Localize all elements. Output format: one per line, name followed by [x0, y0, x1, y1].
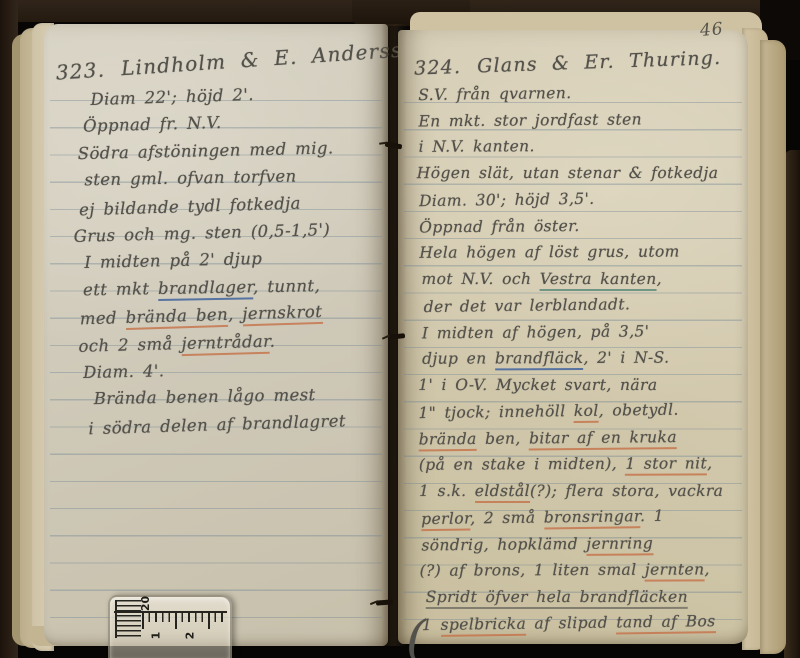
entry-number: 323. [55, 57, 106, 84]
handwritten-line: 1 spelbricka af slipad tand af Bos [422, 608, 740, 639]
text-segment: , tunnt, [253, 276, 320, 299]
text-segment: , obetydl. [599, 401, 679, 423]
text-segment: Öppnad fr. N.V. [83, 113, 222, 139]
text-segment: I midten på 2' djup [84, 249, 262, 275]
handwritten-line: Högen slät, utan stenar & fotkedja [417, 159, 737, 186]
handwritten-line: i N.V. kanten. [419, 132, 737, 160]
text-segment: Hela högen af löst grus, utom [419, 243, 680, 265]
text-segment: (på en stake i midten), [419, 455, 626, 477]
text-segment: Högen slät, utan stenar & fotkedja [417, 163, 719, 184]
underlined-text: spelbricka [440, 615, 526, 637]
text-segment: (?) af brons, 1 liten smal [420, 561, 645, 583]
text-segment: i södra delen af brandlagret [88, 411, 346, 441]
text-segment: , 2 små [470, 508, 544, 530]
underlined-text: brända ben [125, 305, 228, 330]
text-segment: sten gml. ofvan torfven [84, 167, 297, 193]
entry-title: Lindholm & E. Andersson [120, 36, 430, 80]
book-cover-right-edge [784, 150, 800, 658]
handwritten-line: Öppnad från öster. [419, 211, 737, 240]
page-stack-right [760, 40, 786, 654]
left-page: 323.Lindholm & E. Andersson Diam 22'; hö… [44, 24, 388, 646]
text-segment: , [704, 560, 709, 581]
entry-number: 324. [414, 56, 462, 80]
underlined-text: jerntrådar [181, 331, 270, 355]
handwritten-line: S.V. från qvarnen. [418, 78, 736, 109]
ruler: 20 1 2 [108, 595, 232, 658]
ruler-mm-ticks [115, 600, 141, 638]
page-number: 46 [699, 19, 724, 41]
text-segment: . 1 [640, 507, 664, 528]
handwritten-line: brända ben, bitar af en kruka [419, 423, 739, 452]
underlined-text: brandlager [158, 277, 253, 301]
text-segment: 1 s.k. [419, 482, 475, 503]
text-segment: i N.V. kanten. [419, 137, 535, 159]
text-segment: söndrig, hopklämd [421, 534, 586, 557]
underlined-text: tand af Bos [616, 612, 716, 634]
handwritten-line: I midten af högen, på 3,5' [422, 317, 738, 346]
ruler-label-20: 20 [139, 596, 152, 611]
ruler-label-2: 2 [183, 632, 196, 640]
text-segment: , [657, 269, 662, 290]
handwritten-line: mot N.V. och Vestra kanten, [422, 265, 738, 292]
handwritten-line: (på en stake i midten), 1 stor nit, [419, 450, 739, 478]
text-segment: djup en [422, 349, 495, 370]
handwritten-line: En mkt. stor jordfast sten [418, 105, 736, 134]
underlined-text: brända [419, 429, 477, 451]
text-segment: ett mkt [83, 279, 158, 302]
handwritten-line: Hela högen af löst grus, utom [419, 238, 737, 266]
text-segment: och 2 små [78, 334, 182, 359]
handwritten-line: Spridt öfver hela brandfläcken [426, 583, 740, 610]
text-segment: (?); flera stora, vackra [530, 481, 723, 502]
underlined-text: bitar af en kruka [529, 428, 677, 450]
text-segment: , 2' i N-S. [583, 349, 669, 370]
right-page-text: 324.Glans & Er. Thuring. ( S.V. från qva… [414, 51, 740, 638]
text-segment: 1 [422, 616, 441, 637]
binding-stitch [376, 599, 393, 605]
notebook-photo: 323.Lindholm & E. Andersson Diam 22'; hö… [0, 0, 800, 658]
text-segment: der det var lerblandadt. [424, 295, 631, 319]
handwritten-line: söndrig, hopklämd jernring [421, 529, 739, 558]
text-segment: af slipad [526, 614, 616, 636]
text-segment: med [79, 308, 125, 331]
underlined-text: bronsringar [544, 507, 641, 529]
text-segment: 1" tjock; innehöll [418, 402, 574, 425]
underlined-text: perlor [421, 509, 470, 531]
text-segment: . [269, 331, 275, 353]
text-segment: I midten af högen, på 3,5' [422, 322, 650, 345]
handwritten-line: 1' i O-V. Mycket svart, nära [418, 371, 738, 398]
handwritten-line: djup en brandfläck, 2' i N-S. [422, 344, 738, 372]
handwritten-line: Diam. 30'; höjd 3,5'. [419, 184, 737, 215]
left-page-text: 323.Lindholm & E. Andersson Diam 22'; hö… [55, 46, 384, 442]
text-segment: 1' i O-V. Mycket svart, nära [418, 375, 657, 396]
underlined-text: brandfläck [495, 349, 584, 370]
entry-heading: 324.Glans & Er. Thuring. [414, 46, 737, 79]
text-segment: , [707, 454, 712, 475]
underlined-text: 1 stor nit [625, 454, 707, 475]
text-segment: mot N.V. och [422, 269, 540, 290]
underlined-text: jernring [586, 534, 653, 556]
text-segment: ben, [477, 429, 529, 450]
text-segment: S.V. från qvarnen. [418, 84, 572, 107]
text-segment: Diam. 4'. [83, 361, 165, 385]
text-segment: En mkt. stor jordfast sten [418, 110, 642, 133]
handwritten-line: (?) af brons, 1 liten smal jernten, [420, 556, 740, 584]
handwritten-line: 1" tjock; innehöll kol, obetydl. [418, 396, 738, 427]
text-segment: Öppnad från öster. [419, 216, 580, 238]
ruler-label-1: 1 [149, 632, 162, 640]
ruler-major-ticks [142, 613, 226, 629]
right-page: 324.Glans & Er. Thuring. ( S.V. från qva… [398, 30, 748, 644]
underlined-text: Spridt öfver hela brandfläcken [426, 587, 688, 608]
handwritten-line: perlor, 2 små bronsringar. 1 [421, 502, 739, 533]
entry-title: Glans & Er. Thuring. [477, 47, 722, 78]
underlined-text: jernskrot [242, 302, 323, 326]
handwritten-line: der det var lerblandadt. [424, 290, 738, 321]
underlined-text: jernten [645, 560, 705, 581]
underlined-text: Vestra kanten [540, 269, 657, 290]
handwritten-line: 1 s.k. eldstål(?); flera stora, vackra [419, 477, 739, 504]
underlined-text: kol [574, 402, 599, 423]
text-segment: Brända benen lågo mest [94, 386, 316, 412]
text-segment: , [228, 305, 243, 327]
underlined-text: eldstål [475, 482, 530, 503]
text-segment: Diam. 30'; höjd 3,5'. [419, 190, 595, 213]
